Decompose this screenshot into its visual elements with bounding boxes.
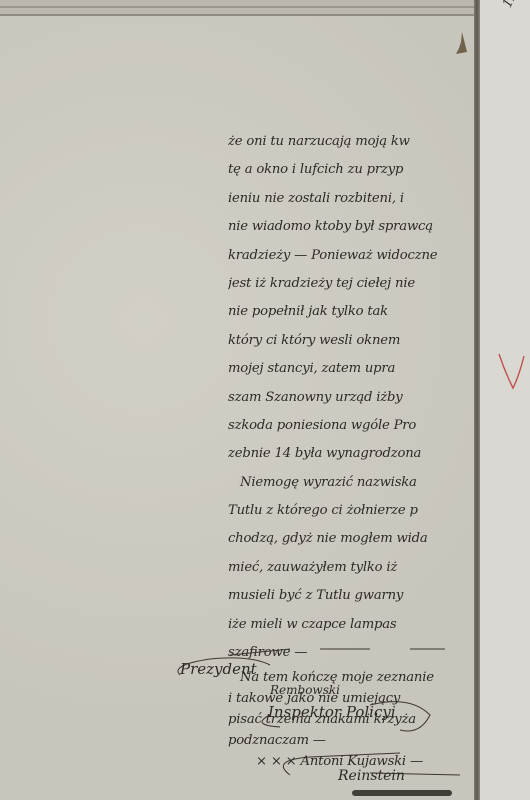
text-line: szkoda poniesiona wgóle Pro <box>228 412 478 440</box>
page-top-edge <box>0 0 478 16</box>
text-line: jest iż kradzieży tej ciełej nie <box>228 270 478 298</box>
text-line: który ci który wesli oknem <box>228 327 478 355</box>
text-line: mieć, zauważyłem tylko iż <box>228 554 478 582</box>
ink-underline <box>352 790 452 796</box>
ink-stain-icon <box>452 32 468 56</box>
signature-name-1: Rembowski <box>270 683 340 697</box>
text-line: zebnie 14 była wynagrodzona <box>228 440 478 468</box>
signature-name-2: Reinstein <box>338 768 405 784</box>
text-line: że oni tu narzucają moją kw <box>228 128 478 156</box>
signature-title-prezydent: Prezydent <box>180 660 257 678</box>
text-line: Niemogę wyrazić nazwiska <box>228 469 478 497</box>
text-line: tę a okno i lufcich zu przyp <box>228 156 478 184</box>
text-line: iże mieli w czapce lampas <box>228 611 478 639</box>
adjacent-page <box>480 0 530 800</box>
text-line: musieli być z Tutlu gwarny <box>228 582 478 610</box>
text-line: chodzą, gdyż nie mogłem wida <box>228 525 478 553</box>
text-line: szam Szanowny urząd iżby <box>228 384 478 412</box>
red-check-mark-icon <box>497 352 525 392</box>
page-top-edge-line <box>0 6 478 8</box>
text-line: ieniu nie zostali rozbiteni, i <box>228 185 478 213</box>
text-line: nie wiadomo ktoby był sprawcą <box>228 213 478 241</box>
signature-title-inspektor: Inspektor Policyi <box>268 703 396 721</box>
text-line: nie popełnił jak tylko tak <box>228 298 478 326</box>
text-line: Tutlu z którego ci żołnierze p <box>228 497 478 525</box>
text-line: mojej stancyi, zatem upra <box>228 355 478 383</box>
text-line: kradzieży — Ponieważ widoczne <box>228 242 478 270</box>
